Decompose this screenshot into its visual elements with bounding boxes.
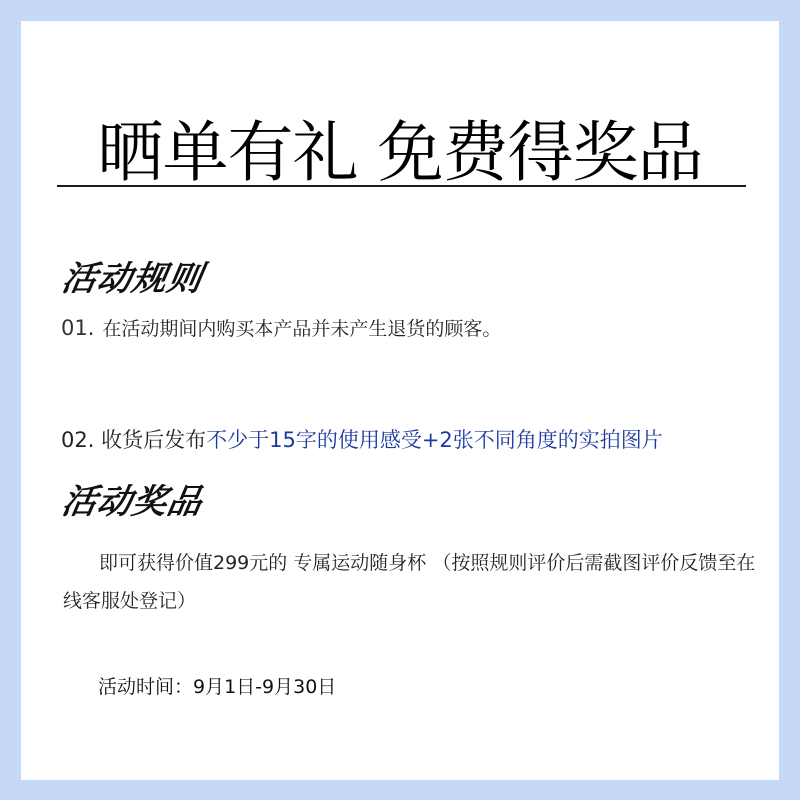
rule-item-2: 02. 收货后发布不少于15字的使用感受+2张不同角度的实拍图片 (61, 424, 663, 454)
rule-highlight: 不少于15字的使用感受+2张不同角度的实拍图片 (206, 428, 663, 452)
promo-card: 晒单有礼 免费得奖品 活动规则 01.在活动期间内购买本产品并未产生退货的顾客。… (21, 21, 779, 780)
rule-number: 02. (61, 428, 94, 452)
rule-text: 在活动期间内购买本产品并未产生退货的顾客。 (102, 318, 501, 340)
page-title: 晒单有礼 免费得奖品 (21, 99, 779, 194)
rule-text: 收货后发布 (101, 428, 206, 452)
rule-number: 01. (61, 316, 94, 340)
divider (57, 185, 746, 187)
prize-description: 即可获得价值299元的 专属运动随身杯 （按照规则评价后需截图评价反馈至在线客服… (63, 544, 763, 620)
rules-heading: 活动规则 (59, 251, 208, 300)
rule-item-1: 01.在活动期间内购买本产品并未产生退货的顾客。 (61, 314, 501, 341)
activity-time: 活动时间：9月1日-9月30日 (98, 672, 336, 699)
prizes-heading: 活动奖品 (59, 474, 208, 523)
